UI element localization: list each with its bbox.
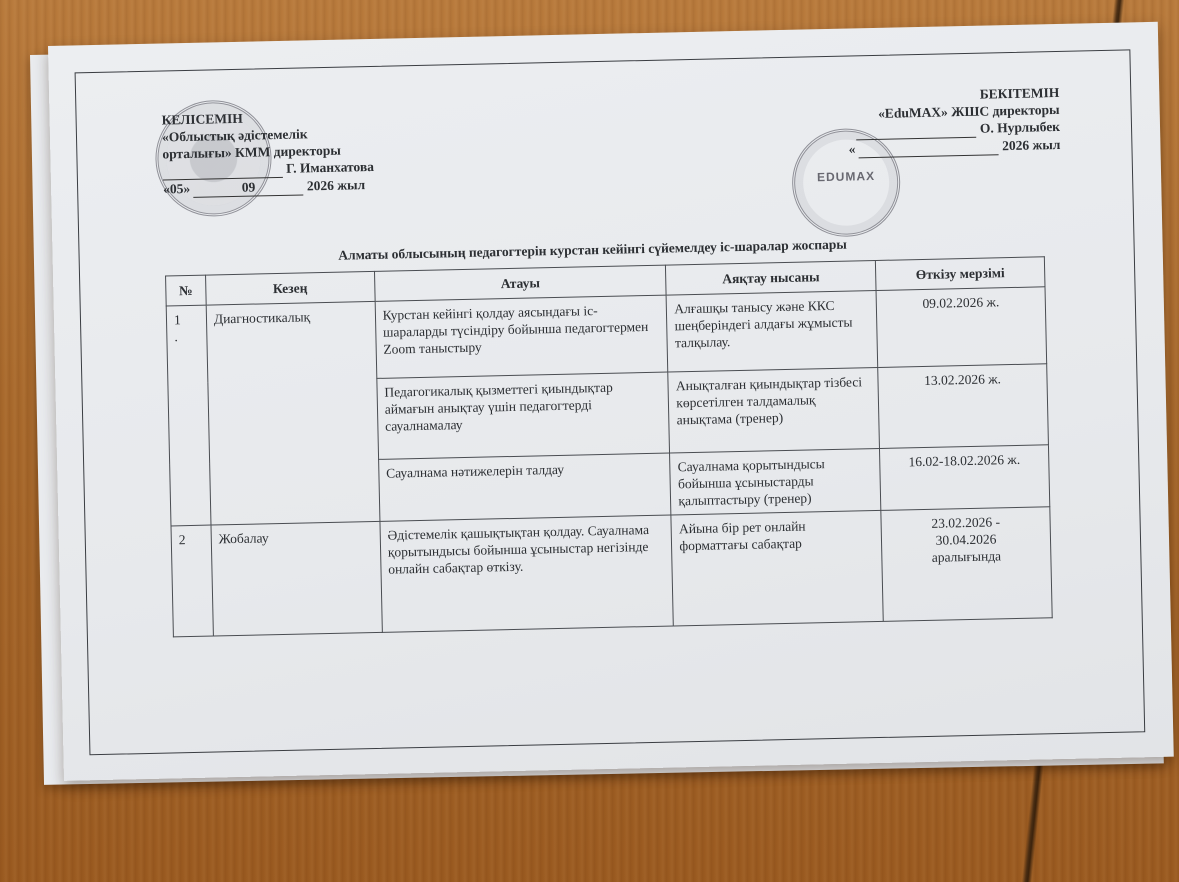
cell-stage: Жобалау [211, 521, 382, 636]
header-deadline: Өткізу мерзімі [876, 257, 1045, 291]
cell-deadline: 23.02.2026 - 30.04.2026 аралығында [881, 507, 1052, 622]
approval-left-signatory: Г. Иманхатова [286, 159, 374, 176]
approval-left-month: 09 [193, 177, 303, 197]
cell-deadline: 13.02.2026 ж. [878, 364, 1049, 449]
header-completion-form: Аяқтау нысаны [666, 260, 876, 295]
cell-completion-form: Алғашқы танысу және ККС шеңберіндегі алд… [666, 290, 877, 372]
cell-completion-form: Сауалнама қорытындысы бойынша ұсыныстард… [670, 448, 881, 515]
cell-name: Педагогикалық қызметтегі қиындықтар айма… [377, 372, 670, 459]
plan-table: № Кезең Атауы Аяқтау нысаны Өткізу мерзі… [165, 256, 1053, 637]
cell-name: Сауалнама нәтижелерін талдау [378, 453, 671, 521]
header-stage: Кезең [205, 271, 374, 305]
cell-name: Курстан кейінгі қолдау аясындағы іс-шара… [375, 295, 668, 378]
header-number: № [166, 275, 207, 306]
approval-left-day: «05» [163, 181, 190, 197]
approval-left-year: 2026 жыл [307, 177, 366, 193]
cell-completion-form: Анықталған қиындықтар тізбесі көрсетілге… [668, 367, 879, 453]
approval-block-right: БЕКІТЕМІН «EduMAX» ЖШС директоры О. Нурл… [799, 84, 1060, 160]
document-page: КЕЛІСЕМІН «Облыстық әдістемелік орталығы… [48, 22, 1174, 781]
approval-right-day: « [848, 141, 855, 156]
cell-deadline: 09.02.2026 ж. [876, 287, 1047, 368]
approval-right-date-blank [859, 137, 999, 158]
cell-name: Әдістемелік қашықтықтан қолдау. Сауалнам… [380, 515, 674, 632]
cell-completion-form: Айына бір рет онлайн форматтағы сабақтар [671, 510, 883, 626]
cell-deadline: 16.02-18.02.2026 ж. [880, 445, 1050, 511]
deadline-range-label: аралығында [889, 546, 1043, 566]
seal-label: EDUMAX [795, 169, 897, 185]
cell-stage: Диагностикалық [206, 301, 380, 525]
approval-right-year: 2026 жыл [1002, 137, 1061, 153]
cell-number: 2 [171, 525, 213, 637]
table-row: 2 Жобалау Әдістемелік қашықтықтан қолдау… [171, 507, 1052, 637]
cell-number: 1 . [166, 305, 211, 526]
approval-block-left: КЕЛІСЕМІН «Облыстық әдістемелік орталығы… [161, 106, 423, 199]
approval-right-signatory: О. Нурлыбек [980, 119, 1060, 136]
